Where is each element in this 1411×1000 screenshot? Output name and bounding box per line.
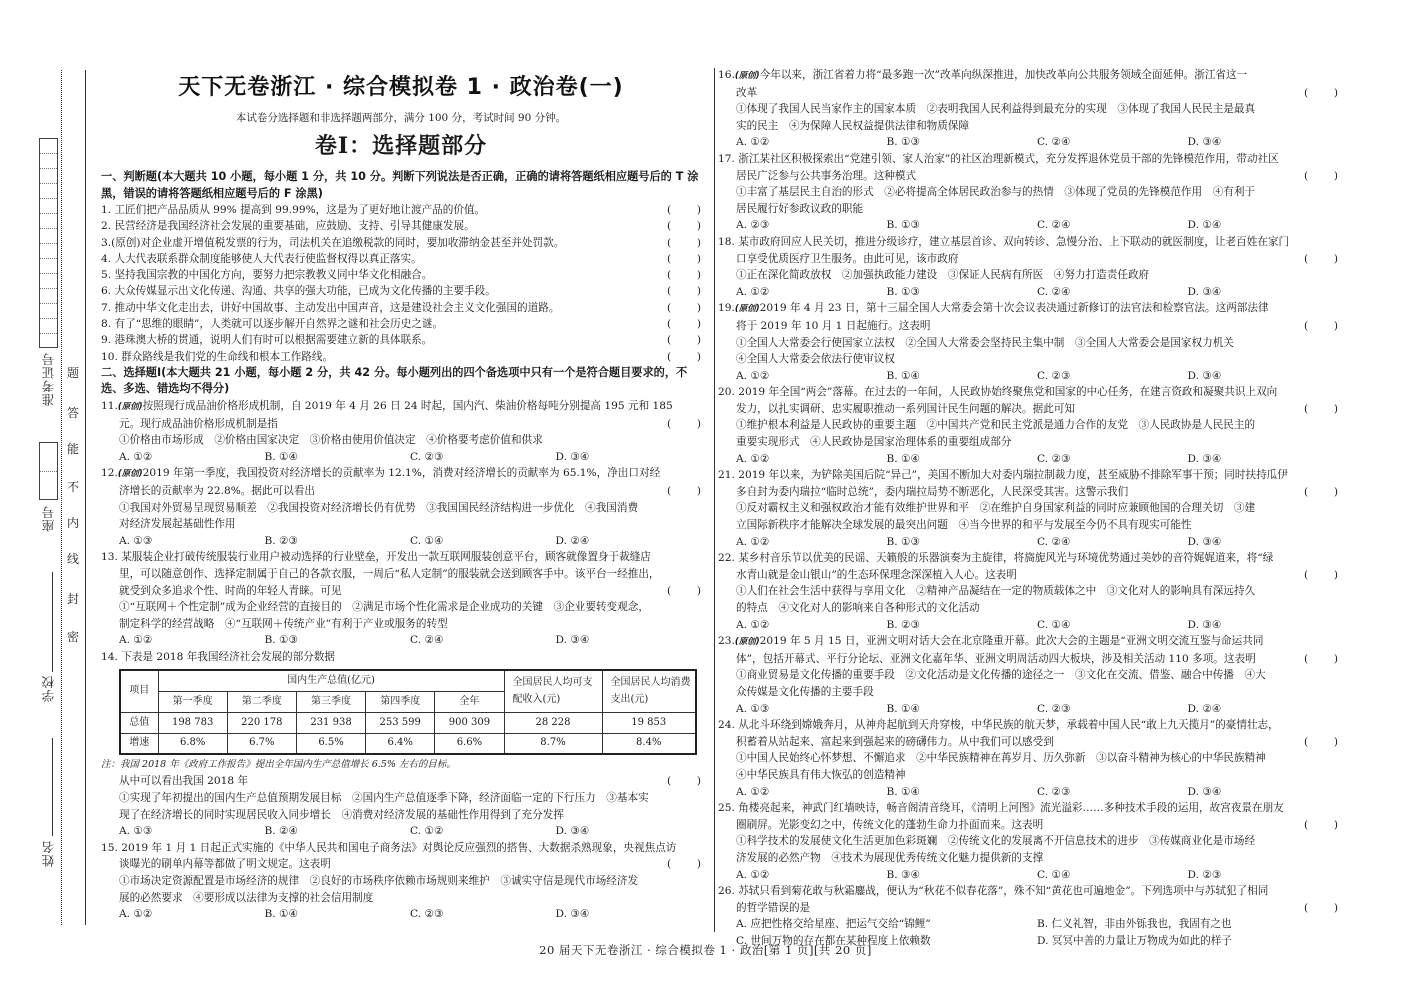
option-a[interactable]: A. ①②	[736, 368, 887, 385]
answer-paren[interactable]: ()	[1304, 651, 1338, 668]
option-c[interactable]: C. ②③	[410, 449, 556, 466]
table-header-gdp: 国内生产总值(亿元)	[158, 670, 504, 691]
table-note: 注：我国 2018 年《政府工作报告》提出全年国内生产总值增长 6.5% 左右的…	[101, 757, 701, 773]
option-c[interactable]: C. ①②	[410, 823, 556, 840]
table-header-income: 全国居民人均可支配收入(元)	[504, 670, 602, 712]
school-fill-line[interactable]	[52, 572, 53, 672]
answer-options: A. ①② B. ①④ C. ②③ D. ③④	[101, 906, 701, 923]
answer-paren[interactable]: ()	[1304, 401, 1338, 418]
question-24: 24. 从北斗环绕到嫦娥奔月，从神舟起航到天舟穿梭，中华民族的航天梦，承载着中国…	[718, 717, 1338, 800]
original-tag: (原创)	[735, 304, 760, 314]
question-18: 18. 某市政府回应人民关切，推进分级诊疗，建立基层首诊、双向转诊、急慢分治、上…	[718, 234, 1338, 300]
option-c[interactable]: C. ①④	[1037, 867, 1188, 884]
option-d[interactable]: D. ①④	[1188, 217, 1339, 234]
option-b[interactable]: B. ①③	[887, 217, 1038, 234]
table-subheader: 第三季度	[296, 691, 365, 712]
answer-options: A. ①② B. ①③ C. ②④ D. ③④	[718, 534, 1338, 551]
answer-paren[interactable]: ()	[667, 483, 701, 500]
economic-data-table: 项目 国内生产总值(亿元) 全国居民人均可支配收入(元) 全国居民人均消费支出(…	[119, 669, 697, 755]
original-tag: (原创)	[735, 71, 760, 81]
exam-title: 天下无卷浙江 · 综合模拟卷 1 · 政治卷(一)	[101, 70, 701, 104]
true-false-list: 1. 工匠们把产品品质从 99% 提高到 99.99%，这是为了更好地让渡产品的…	[101, 202, 701, 365]
seal-char: 答	[67, 404, 79, 421]
part-title: 卷Ⅰ：选择题部分	[101, 129, 701, 169]
option-d[interactable]: D. ③④	[1188, 284, 1339, 301]
seat-number-box[interactable]	[39, 442, 58, 500]
answer-paren[interactable]: ()	[667, 773, 701, 790]
answer-options: A. ①② B. ①③ C. ②④ D. ③④	[718, 134, 1338, 151]
option-b[interactable]: B. ②③	[887, 617, 1038, 634]
answer-paren[interactable]: ()	[1304, 85, 1338, 102]
option-c[interactable]: C. ②③	[1037, 784, 1188, 801]
option-d[interactable]: D. ③④	[556, 449, 702, 466]
question-21: 21. 2019 年以来，为铲除美国后院“异己”，美国不断加大对委内瑞拉制裁力度…	[718, 467, 1338, 550]
question-12: 12.(原创)2019 年第一季度，我国投资对经济增长的贡献率为 12.1%，消…	[101, 465, 701, 549]
option-a[interactable]: A. ①②	[736, 617, 887, 634]
option-b[interactable]: B. ②④	[265, 823, 411, 840]
question-26: 26. 苏轼只看到菊花敢与秋霜鏖战，便认为“秋花不似春花落”，殊不知“黄花也可遍…	[718, 883, 1338, 949]
answer-paren[interactable]: ()	[667, 300, 701, 316]
answer-paren[interactable]: ()	[667, 267, 701, 283]
option-d[interactable]: D. ②④	[1188, 701, 1339, 718]
option-b[interactable]: B. ①④	[887, 784, 1038, 801]
option-a[interactable]: A. ①②	[736, 784, 887, 801]
table-header-spending: 全国居民人均消费支出(元)	[602, 670, 696, 712]
answer-options: A. ①③ B. ②③ C. ①④ D. ②④	[101, 533, 701, 550]
answer-paren[interactable]: ()	[1304, 734, 1338, 751]
seal-char: 封	[67, 590, 79, 607]
answer-paren[interactable]: ()	[667, 332, 701, 348]
option-a[interactable]: A. ①②	[736, 284, 887, 301]
seal-char: 线	[67, 550, 79, 567]
column-divider	[714, 68, 715, 932]
option-c[interactable]: C. ②④	[1037, 284, 1188, 301]
option-b[interactable]: B. ①④	[887, 368, 1038, 385]
question-19: 19.(原创)2019 年 4 月 23 日，第十三届全国人大常委会第十次会议表…	[718, 300, 1338, 384]
answer-paren[interactable]: ()	[1304, 484, 1338, 501]
answer-options: A. ①② B. ①④ C. ②③ D. ③④	[718, 368, 1338, 385]
answer-paren[interactable]: ()	[667, 202, 701, 218]
left-column: 天下无卷浙江 · 综合模拟卷 1 · 政治卷(一) 本试卷分选择题和非选择题两部…	[101, 66, 701, 923]
answer-paren[interactable]: ()	[667, 349, 701, 365]
seal-solid-line	[85, 70, 86, 925]
tf-item: 8. 有了“思维的眼睛”，人类就可以逐步解开自然界之谜和社会历史之谜。()	[101, 316, 701, 332]
option-a[interactable]: A. 应把性格交给星座、把运气交给“锦鲤”	[736, 916, 1037, 933]
option-b[interactable]: B. ①③	[265, 632, 411, 649]
option-a[interactable]: A. ①②	[736, 134, 887, 151]
question-14: 14. 下表是 2018 年我国经济社会发展的部分数据 项目 国内生产总值(亿元…	[101, 649, 701, 840]
option-d[interactable]: D. ③④	[1188, 368, 1339, 385]
option-a[interactable]: A. ①③	[119, 533, 265, 550]
tf-item: 10. 群众路线是我们党的生命线和根本工作路线。()	[101, 349, 701, 365]
option-d[interactable]: D. ③④	[1188, 134, 1339, 151]
table-subheader: 第一季度	[158, 691, 227, 712]
table-subheader: 第四季度	[366, 691, 435, 712]
answer-options: A. ①② B. ①④ C. ②③ D. ③④	[101, 449, 701, 466]
option-a[interactable]: A. ①②	[119, 632, 265, 649]
tf-item: 3.(原创)对企业虚开增值税发票的行为，司法机关在追缴税款的同时，要加收滞纳金甚…	[101, 235, 701, 251]
answer-options: A. ②③ B. ①③ C. ②④ D. ①④	[718, 217, 1338, 234]
option-a[interactable]: A. ①③	[119, 823, 265, 840]
option-d[interactable]: D. ③④	[1188, 451, 1339, 468]
seal-char: 不	[67, 478, 79, 495]
option-c[interactable]: C. ①④	[410, 533, 556, 550]
question-11: 11.(原创)按照现行成品油价格形成机制，自 2019 年 4 月 26 日 2…	[101, 398, 701, 465]
option-c[interactable]: C. ②④	[1037, 134, 1188, 151]
question-16: 16.(原创)今年以来，浙江省着力将“最多跑一次”改革向纵深推进，加快改革向公共…	[718, 67, 1338, 151]
table-header-item: 项目	[120, 670, 158, 712]
answer-paren[interactable]: ()	[667, 235, 701, 251]
option-b[interactable]: B. ①③	[887, 134, 1038, 151]
exam-intro: 本试卷分选择题和非选择题两部分，满分 100 分，考试时间 90 分钟。	[101, 110, 701, 126]
option-c[interactable]: C. ②③	[1037, 368, 1188, 385]
table-subheader: 第二季度	[227, 691, 296, 712]
answer-paren[interactable]: ()	[667, 218, 701, 234]
section-1-heading: 一、判断题(本大题共 10 小题，每小题 1 分，共 10 分。判断下列说法是否…	[101, 169, 701, 202]
option-a[interactable]: A. ②③	[736, 217, 887, 234]
tf-item: 5. 坚持我国宗教的中国化方向，要努力把宗教教义同中华文化相融合。()	[101, 267, 701, 283]
table-row: 总值 198 783 220 178 231 938 253 599 900 3…	[120, 712, 696, 733]
option-c[interactable]: C. ②③	[1037, 701, 1188, 718]
option-b[interactable]: B. ①③	[887, 284, 1038, 301]
option-c[interactable]: C. ②④	[410, 632, 556, 649]
original-tag: (原创)	[118, 402, 143, 412]
tf-item: 4. 人大代表联系群众制度能够使人大代表行使监督权得以真正落实。()	[101, 251, 701, 267]
tf-item: 2. 民营经济是我国经济社会发展的重要基础，应鼓励、支持、引导其健康发展。()	[101, 218, 701, 234]
answer-options: A. ①② B. ②③ C. ①④ D. ③④	[718, 617, 1338, 634]
tf-item: 7. 推动中华文化走出去，讲好中国故事、主动发出中国声音，这是建设社会主义文化强…	[101, 300, 701, 316]
exam-number-label: 准考证号	[40, 352, 58, 406]
option-d[interactable]: D. ③④	[556, 823, 702, 840]
option-a[interactable]: A. ①②	[736, 534, 887, 551]
option-a[interactable]: A. ①②	[736, 867, 887, 884]
option-b[interactable]: B. ②③	[265, 533, 411, 550]
question-15: 15. 2019 年 1 月 1 日起正式实施的《中华人民共和国电子商务法》对舆…	[101, 840, 701, 923]
page-footer: 20 届天下无卷浙江 · 综合模拟卷 1 · 政治[第 1 页][共 20 页]	[0, 942, 1411, 958]
option-a[interactable]: A. ①②	[119, 449, 265, 466]
option-b[interactable]: B. ①④	[887, 451, 1038, 468]
seal-char: 能	[67, 440, 79, 457]
answer-paren[interactable]: ()	[667, 856, 701, 873]
tf-item: 6. 大众传媒显示出文化传递、沟通、共享的强大功能，已成为文化传播的主要手段。(…	[101, 283, 701, 299]
question-23: 23.(原创)2019 年 5 月 15 日，亚洲文明对话大会在北京隆重开幕。此…	[718, 633, 1338, 717]
question-20: 20. 2019 年全国“两会”落幕。在过去的一年间，人民政协始终聚焦党和国家的…	[718, 384, 1338, 467]
answer-options: A. ①② B. ①③ C. ②④ D. ③④	[101, 632, 701, 649]
option-c[interactable]: C. ②④	[1037, 534, 1188, 551]
answer-paren[interactable]: ()	[667, 583, 701, 600]
option-d[interactable]: D. ③④	[556, 632, 702, 649]
seal-char: 密	[67, 628, 79, 645]
section-2-heading: 二、选择题Ⅰ(本大题共 21 小题，每小题 2 分，共 42 分。每小题列出的四…	[101, 365, 701, 398]
seal-char: 题	[67, 364, 79, 381]
option-d[interactable]: D. ③④	[556, 906, 702, 923]
option-b[interactable]: B. ③④	[887, 867, 1038, 884]
name-label: 姓名	[40, 840, 58, 867]
answer-paren[interactable]: ()	[1304, 251, 1338, 268]
option-d[interactable]: D. ②③	[1188, 867, 1339, 884]
answer-options: A. ①② B. ③④ C. ①④ D. ②③	[718, 867, 1338, 884]
answer-paren[interactable]: ()	[1304, 900, 1338, 917]
option-c[interactable]: C. ①④	[1037, 617, 1188, 634]
option-a[interactable]: A. ①②	[119, 906, 265, 923]
option-d[interactable]: D. ③④	[1188, 617, 1339, 634]
question-17: 17. 浙江某社区积极探索出“党建引领、家人治家”的社区治理新模式，充分发挥退休…	[718, 151, 1338, 234]
seat-label: 座号	[40, 505, 58, 532]
option-b[interactable]: B. 仁义礼智，非由外铄我也，我固有之也	[1037, 916, 1338, 933]
seal-char: 内	[67, 514, 79, 531]
seal-dotted-line	[61, 70, 62, 925]
option-d[interactable]: D. ③④	[1188, 784, 1339, 801]
answer-paren[interactable]: ()	[1304, 168, 1338, 185]
answer-options: A. ①② B. ①③ C. ②④ D. ③④	[718, 284, 1338, 301]
tf-item: 9. 港珠澳大桥的贯通，说明人们有时可以根据需要建立新的具体联系。()	[101, 332, 701, 348]
answer-options: A. ①② B. ①④ C. ②③ D. ③④	[718, 451, 1338, 468]
answer-paren[interactable]: ()	[667, 251, 701, 267]
answer-options: A. 应把性格交给星座、把运气交给“锦鲤” B. 仁义礼智，非由外铄我也，我固有…	[718, 916, 1338, 933]
table-subheader: 全年	[435, 691, 504, 712]
tf-item: 1. 工匠们把产品品质从 99% 提高到 99.99%，这是为了更好地让渡产品的…	[101, 202, 701, 218]
option-b[interactable]: B. ①④	[887, 701, 1038, 718]
option-d[interactable]: D. ②④	[556, 533, 702, 550]
option-a[interactable]: A. ①③	[736, 701, 887, 718]
option-c[interactable]: C. ②③	[410, 906, 556, 923]
answer-options: A. ①② B. ①④ C. ②③ D. ③④	[718, 784, 1338, 801]
answer-paren[interactable]: ()	[1304, 318, 1338, 335]
answer-paren[interactable]: ()	[667, 316, 701, 332]
original-tag: (原创)	[735, 637, 760, 647]
question-25: 25. 角楼亮起来，神武门红墙映诗，畅音阁清音绕耳，《清明上河图》流光溢彩……多…	[718, 800, 1338, 883]
right-column: 16.(原创)今年以来，浙江省着力将“最多跑一次”改革向纵深推进，加快改革向公共…	[718, 67, 1338, 949]
option-b[interactable]: B. ①④	[265, 906, 411, 923]
name-fill-line[interactable]	[52, 738, 53, 836]
option-b[interactable]: B. ①④	[265, 449, 411, 466]
option-b[interactable]: B. ①③	[887, 534, 1038, 551]
option-a[interactable]: A. ①②	[736, 451, 887, 468]
answer-paren[interactable]: ()	[1304, 567, 1338, 584]
answer-paren[interactable]: ()	[667, 416, 701, 433]
answer-paren[interactable]: ()	[1304, 817, 1338, 834]
answer-paren[interactable]: ()	[667, 283, 701, 299]
option-d[interactable]: D. ③④	[1188, 534, 1339, 551]
option-c[interactable]: C. ②③	[1037, 451, 1188, 468]
question-22: 22. 某乡村音乐节以优美的民谣、天籁般的乐器演奏为主旋律，将旖旎风光与环境优势…	[718, 550, 1338, 633]
option-c[interactable]: C. ②④	[1037, 217, 1188, 234]
answer-options: A. ①③ B. ②④ C. ①② D. ③④	[101, 823, 701, 840]
table-row: 增速 6.8% 6.7% 6.5% 6.4% 6.6% 8.7% 8.4%	[120, 733, 696, 754]
question-13: 13. 某服装企业打破传统服装行业用户被动选择的行业壁垒，开发出一款互联网服装创…	[101, 549, 701, 649]
original-tag: (原创)	[118, 469, 143, 479]
exam-number-box[interactable]	[39, 138, 58, 348]
school-label: 学校	[40, 675, 58, 702]
answer-options: A. ①③ B. ①④ C. ②③ D. ②④	[718, 701, 1338, 718]
